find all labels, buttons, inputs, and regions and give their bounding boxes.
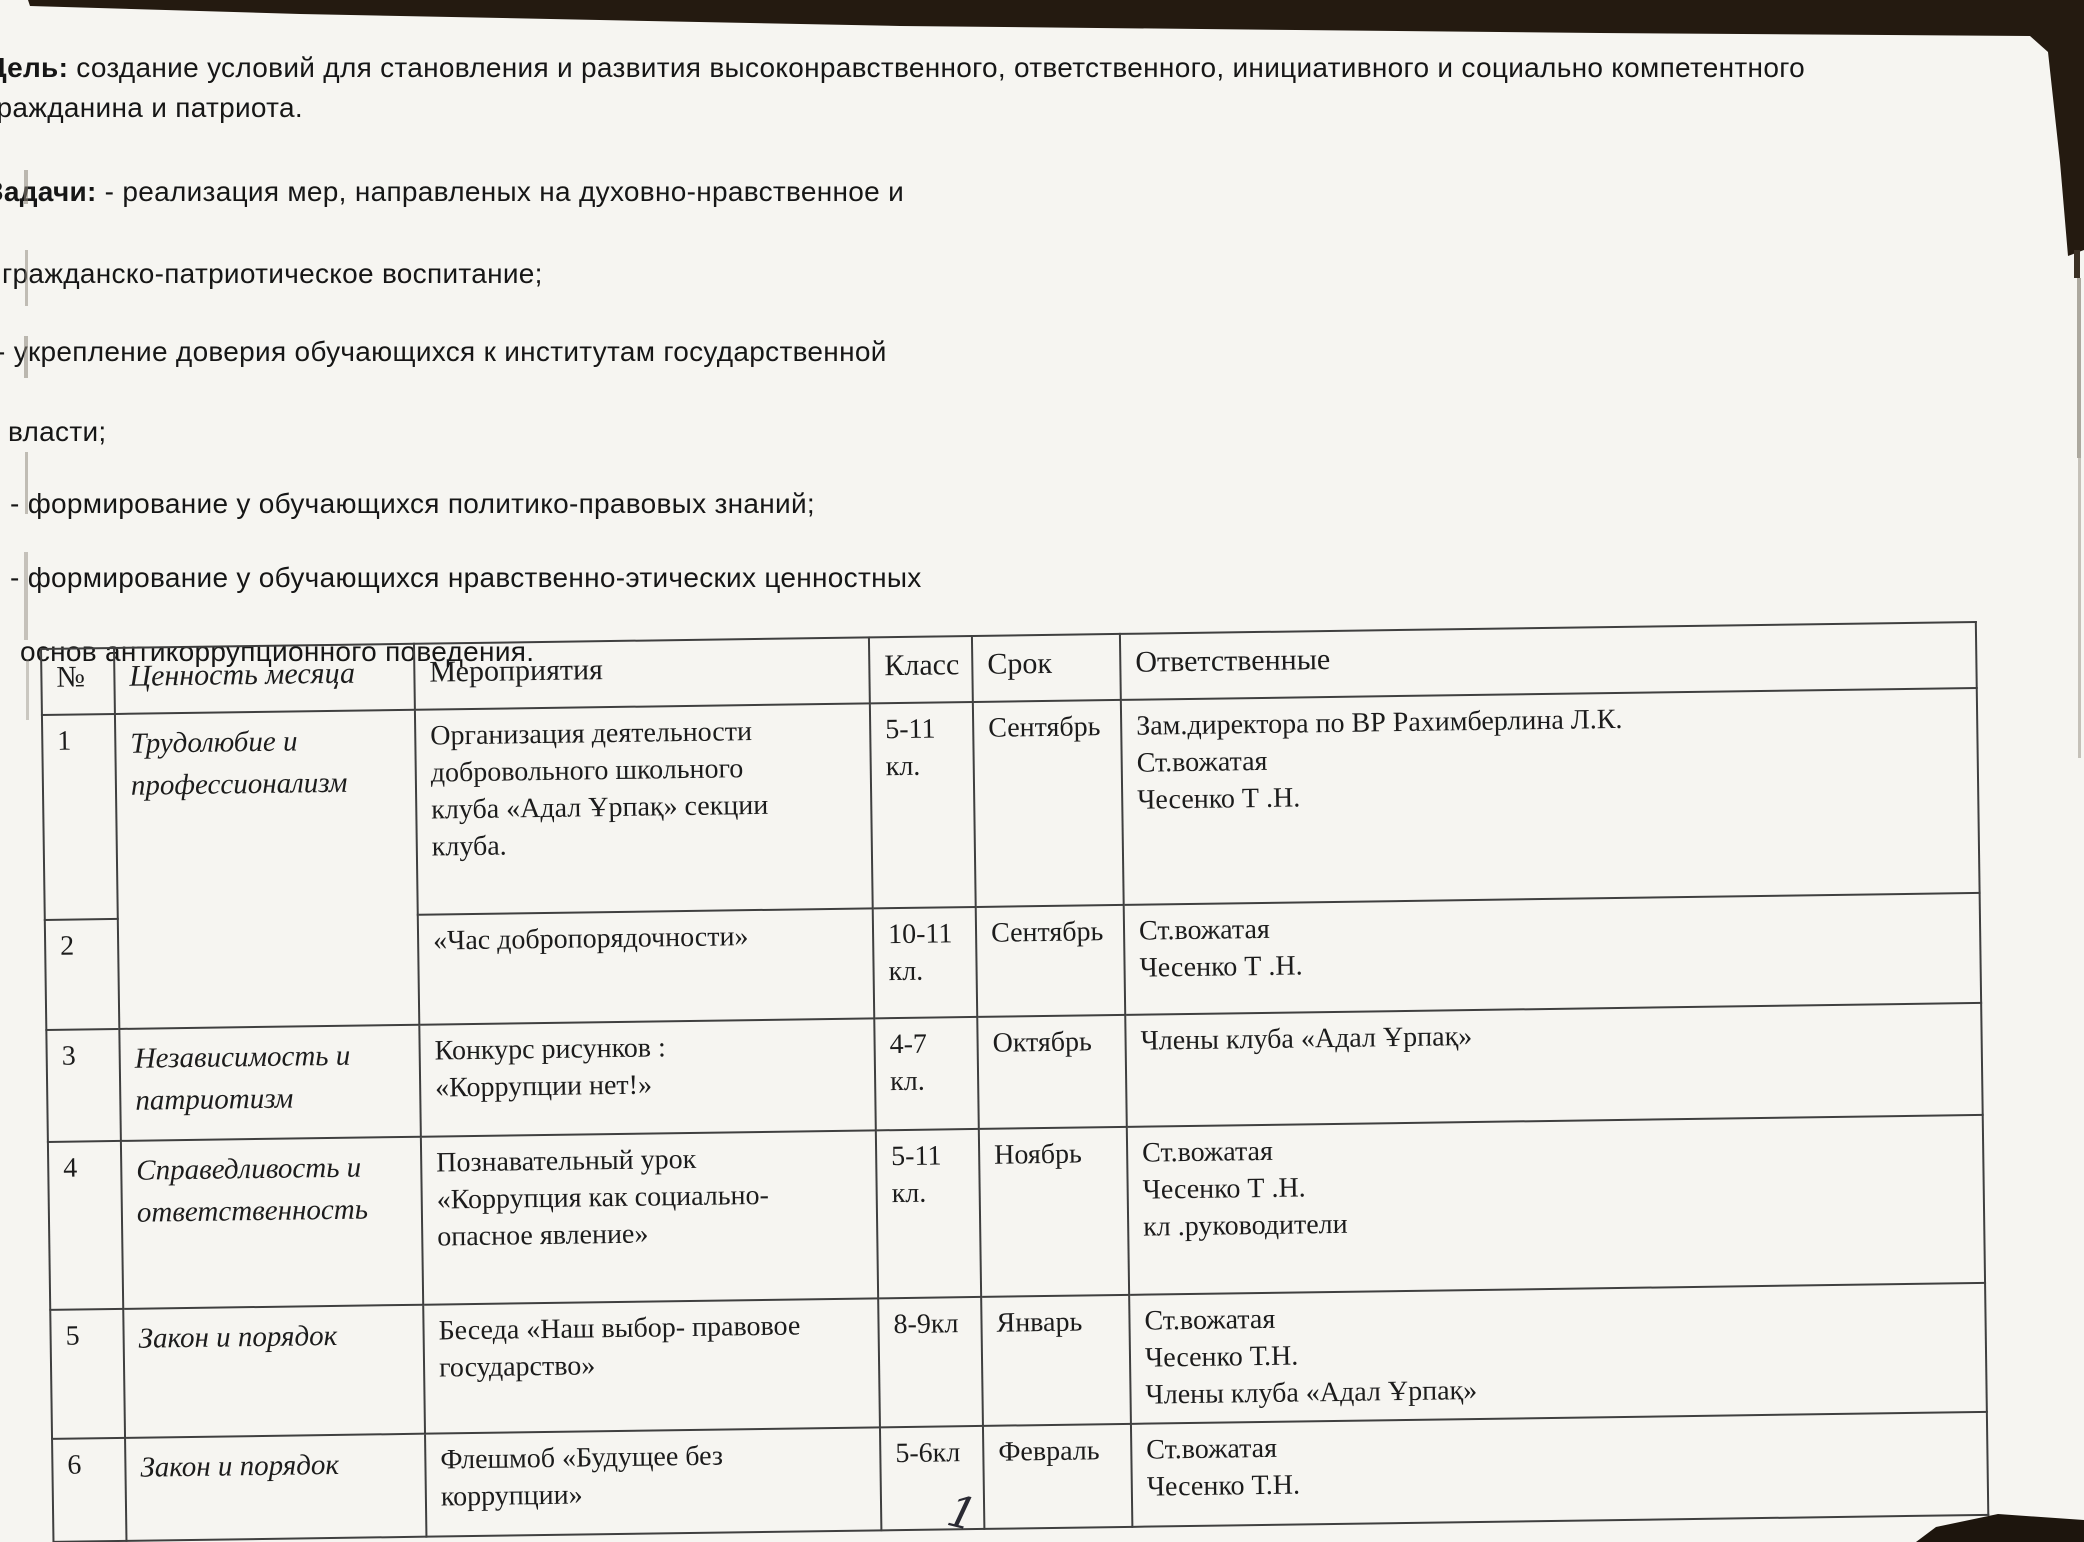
row3-num: 3 <box>46 1029 121 1142</box>
row5-activity: Беседа «Наш выбор- правовое государство» <box>423 1298 880 1433</box>
row5-grade: 8-9кл <box>878 1297 983 1427</box>
tasks-line-2: гражданско-патриотическое воспитание; <box>2 258 2046 290</box>
row1-num: 1 <box>42 714 118 920</box>
scanned-document-page: Цель:создание условий для становления и … <box>0 0 2084 1542</box>
scan-left-edge-mark <box>26 660 29 720</box>
row6-term: Февраль <box>983 1424 1132 1529</box>
row5-num: 5 <box>50 1309 125 1439</box>
row2-responsible: Ст.вожатая Чесенко Т .Н. <box>1124 893 1981 1015</box>
column-header-num: № <box>41 648 115 715</box>
intro-text-block: Цель:создание условий для становления и … <box>0 52 2046 668</box>
row3-term: Октябрь <box>977 1015 1127 1129</box>
tasks-line-1: Задачи:- реализация мер, направленых на … <box>0 176 2046 208</box>
row4-term: Ноябрь <box>979 1127 1129 1297</box>
tasks-text-1: - реализация мер, направленых на духовно… <box>105 176 904 207</box>
row1-activity: Организация деятельности добровольного ш… <box>415 703 873 914</box>
row1-grade: 5-11 кл. <box>870 702 976 908</box>
column-header-value: Ценность месяца <box>114 644 415 714</box>
row3-activity: Конкурс рисунков : «Коррупции нет!» <box>419 1018 876 1136</box>
row2-activity: «Час добропорядочности» <box>418 908 874 1024</box>
scan-right-edge-line <box>2074 250 2080 278</box>
row6-value: Закон и порядок <box>125 1434 426 1541</box>
row2-grade: 10-11 кл. <box>873 907 978 1018</box>
goal-text: создание условий для становления и разви… <box>76 52 1805 83</box>
row1-term: Сентябрь <box>973 700 1124 907</box>
row4-responsible: Ст.вожатая Чесенко Т .Н. кл .руководител… <box>1127 1115 1985 1295</box>
row6-responsible: Ст.вожатая Чесенко Т.Н. <box>1131 1412 1988 1527</box>
tasks-line-6: - формирование у обучающихся нравственно… <box>10 562 2046 594</box>
tasks-line-3: - укрепление доверия обучающихся к инсти… <box>0 336 2046 368</box>
table-row: 1 Трудолюбие и профессионализм Организац… <box>42 688 1980 920</box>
goal-line-1: Цель:создание условий для становления и … <box>0 52 2046 84</box>
tasks-line-4: власти; <box>8 416 2046 448</box>
row4-num: 4 <box>48 1141 123 1310</box>
goal-line-2: гражданина и патриота. <box>0 92 2046 124</box>
scan-bottom-right-blob <box>1916 1514 2084 1542</box>
row3-responsible: Члены клуба «Адал Ұрпақ» <box>1125 1003 1982 1127</box>
row2-num: 2 <box>45 919 120 1030</box>
column-header-grade: Класс <box>869 636 973 703</box>
row5-value: Закон и порядок <box>123 1305 425 1438</box>
row3-value: Независимость и патриотизм <box>119 1025 421 1141</box>
row5-term: Январь <box>981 1295 1131 1426</box>
row5-responsible: Ст.вожатая Чесенко Т.Н. Члены клуба «Ада… <box>1129 1283 1987 1424</box>
row6-num: 6 <box>52 1438 126 1542</box>
tasks-line-5: - формирование у обучающихся политико-пр… <box>10 488 2046 520</box>
scan-right-edge-line <box>2077 278 2081 458</box>
plan-table: № Ценность месяца Мероприятия Класс Срок… <box>40 621 1989 1542</box>
row1-responsible: Зам.директора по ВР Рахимберлина Л.К. Ст… <box>1121 688 1980 905</box>
scan-right-edge-line <box>2078 458 2081 758</box>
row4-activity: Познавательный урок «Коррупция как социа… <box>421 1130 878 1304</box>
column-header-responsible: Ответственные <box>1120 622 1977 700</box>
column-header-term: Срок <box>972 634 1121 702</box>
plan-table-container: № Ценность месяца Мероприятия Класс Срок… <box>40 621 1989 1542</box>
column-header-activity: Мероприятия <box>414 637 870 709</box>
row6-activity: Флешмоб «Будущее без коррупции» <box>425 1427 881 1536</box>
row4-grade: 5-11 кл. <box>876 1129 981 1298</box>
row2-term: Сентябрь <box>976 905 1126 1017</box>
goal-label: Цель: <box>0 52 68 83</box>
table-row: 4 Справедливость и ответственность Позна… <box>48 1115 1985 1310</box>
row3-grade: 4-7 кл. <box>874 1017 979 1130</box>
row1-value-merged: Трудолюбие и профессионализм <box>115 710 419 1029</box>
tasks-label: Задачи: <box>0 176 97 207</box>
row4-value: Справедливость и ответственность <box>121 1137 423 1309</box>
